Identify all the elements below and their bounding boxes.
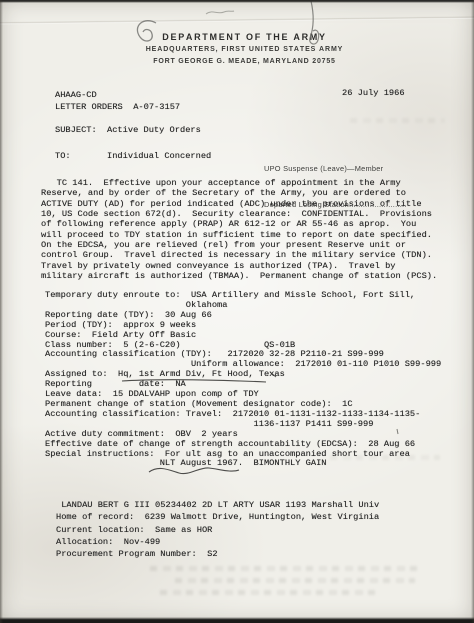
subject-label: SUBJECT: bbox=[55, 125, 97, 135]
scan-edge-top bbox=[0, 0, 474, 3]
body-line: will proceed to TDY station in sufficien… bbox=[41, 230, 437, 240]
body-line: On the EDCSA, you are relieved (rel) fro… bbox=[41, 240, 437, 250]
signature-line: Home of record: 6239 Walmott Drive, Hunt… bbox=[56, 511, 379, 523]
stamp-line-1: UPO Suspense (Leave)—Member bbox=[264, 163, 407, 175]
member-identification-block: LANDAU BERT G III 05234402 2D LT ARTY US… bbox=[56, 499, 379, 560]
bleedthrough-smudge bbox=[350, 118, 445, 123]
bleedthrough-smudge bbox=[150, 566, 420, 571]
body-line: military aircraft is authorized (TBMAA).… bbox=[41, 271, 437, 281]
order-detail-fields: Temporary duty enroute to: USA Artillery… bbox=[45, 291, 441, 469]
body-line: Travel by privately owned conveyance is … bbox=[41, 261, 437, 271]
letterhead-department-line: DEPARTMENT OF THE ARMY bbox=[15, 31, 474, 44]
document-page: DEPARTMENT OF THE ARMY HEADQUARTERS, FIR… bbox=[0, 0, 474, 623]
to-value: Individual Concerned bbox=[107, 151, 211, 161]
bleedthrough-smudge bbox=[330, 455, 440, 460]
subject-value: Active Duty Orders bbox=[107, 125, 201, 135]
document-date: 26 July 1966 bbox=[342, 88, 405, 98]
body-line: 10, US Code section 672(d). Security cle… bbox=[41, 209, 437, 219]
letterhead-headquarters-line: HEADQUARTERS, FIRST UNITED STATES ARMY bbox=[15, 44, 474, 56]
signature-line: Allocation: Nov-499 bbox=[56, 536, 379, 548]
signature-line: Procurement Program Number: S2 bbox=[56, 548, 379, 560]
field-line: NLT August 1967. BIMONTHLY GAIN bbox=[45, 459, 441, 469]
office-symbol: AHAAG-CD bbox=[55, 90, 97, 100]
letter-orders-number: LETTER ORDERS A-07-3157 bbox=[55, 102, 180, 112]
to-label: TO: bbox=[55, 151, 71, 161]
body-line: control Group. Travel directed is necess… bbox=[41, 250, 437, 260]
body-line: ACTIVE DUTY (AD) for period indicated (A… bbox=[41, 199, 437, 209]
bleedthrough-smudge bbox=[175, 578, 415, 583]
letterhead: DEPARTMENT OF THE ARMY HEADQUARTERS, FIR… bbox=[0, 31, 474, 67]
scan-edge-left bbox=[0, 0, 3, 623]
order-body-paragraph: TC 141. Effective upon your acceptance o… bbox=[41, 178, 437, 281]
bleedthrough-smudge bbox=[160, 590, 375, 595]
scan-edge-bottom bbox=[0, 617, 474, 623]
body-line: TC 141. Effective upon your acceptance o… bbox=[41, 178, 437, 188]
pencil-squiggle bbox=[206, 11, 234, 14]
field-line: Effective date of change of strength acc… bbox=[45, 440, 441, 450]
letterhead-address-line: FORT GEORGE G. MEADE, MARYLAND 20755 bbox=[15, 56, 474, 67]
signature-line: Current location: Same as HOR bbox=[56, 524, 379, 536]
paper-crease bbox=[0, 13, 474, 27]
signature-line: LANDAU BERT G III 05234402 2D LT ARTY US… bbox=[56, 499, 379, 511]
body-line: Reserve, and by order of the Secretary o… bbox=[41, 188, 437, 198]
body-line: of following reference apply (PRAP) AR 6… bbox=[41, 219, 437, 229]
